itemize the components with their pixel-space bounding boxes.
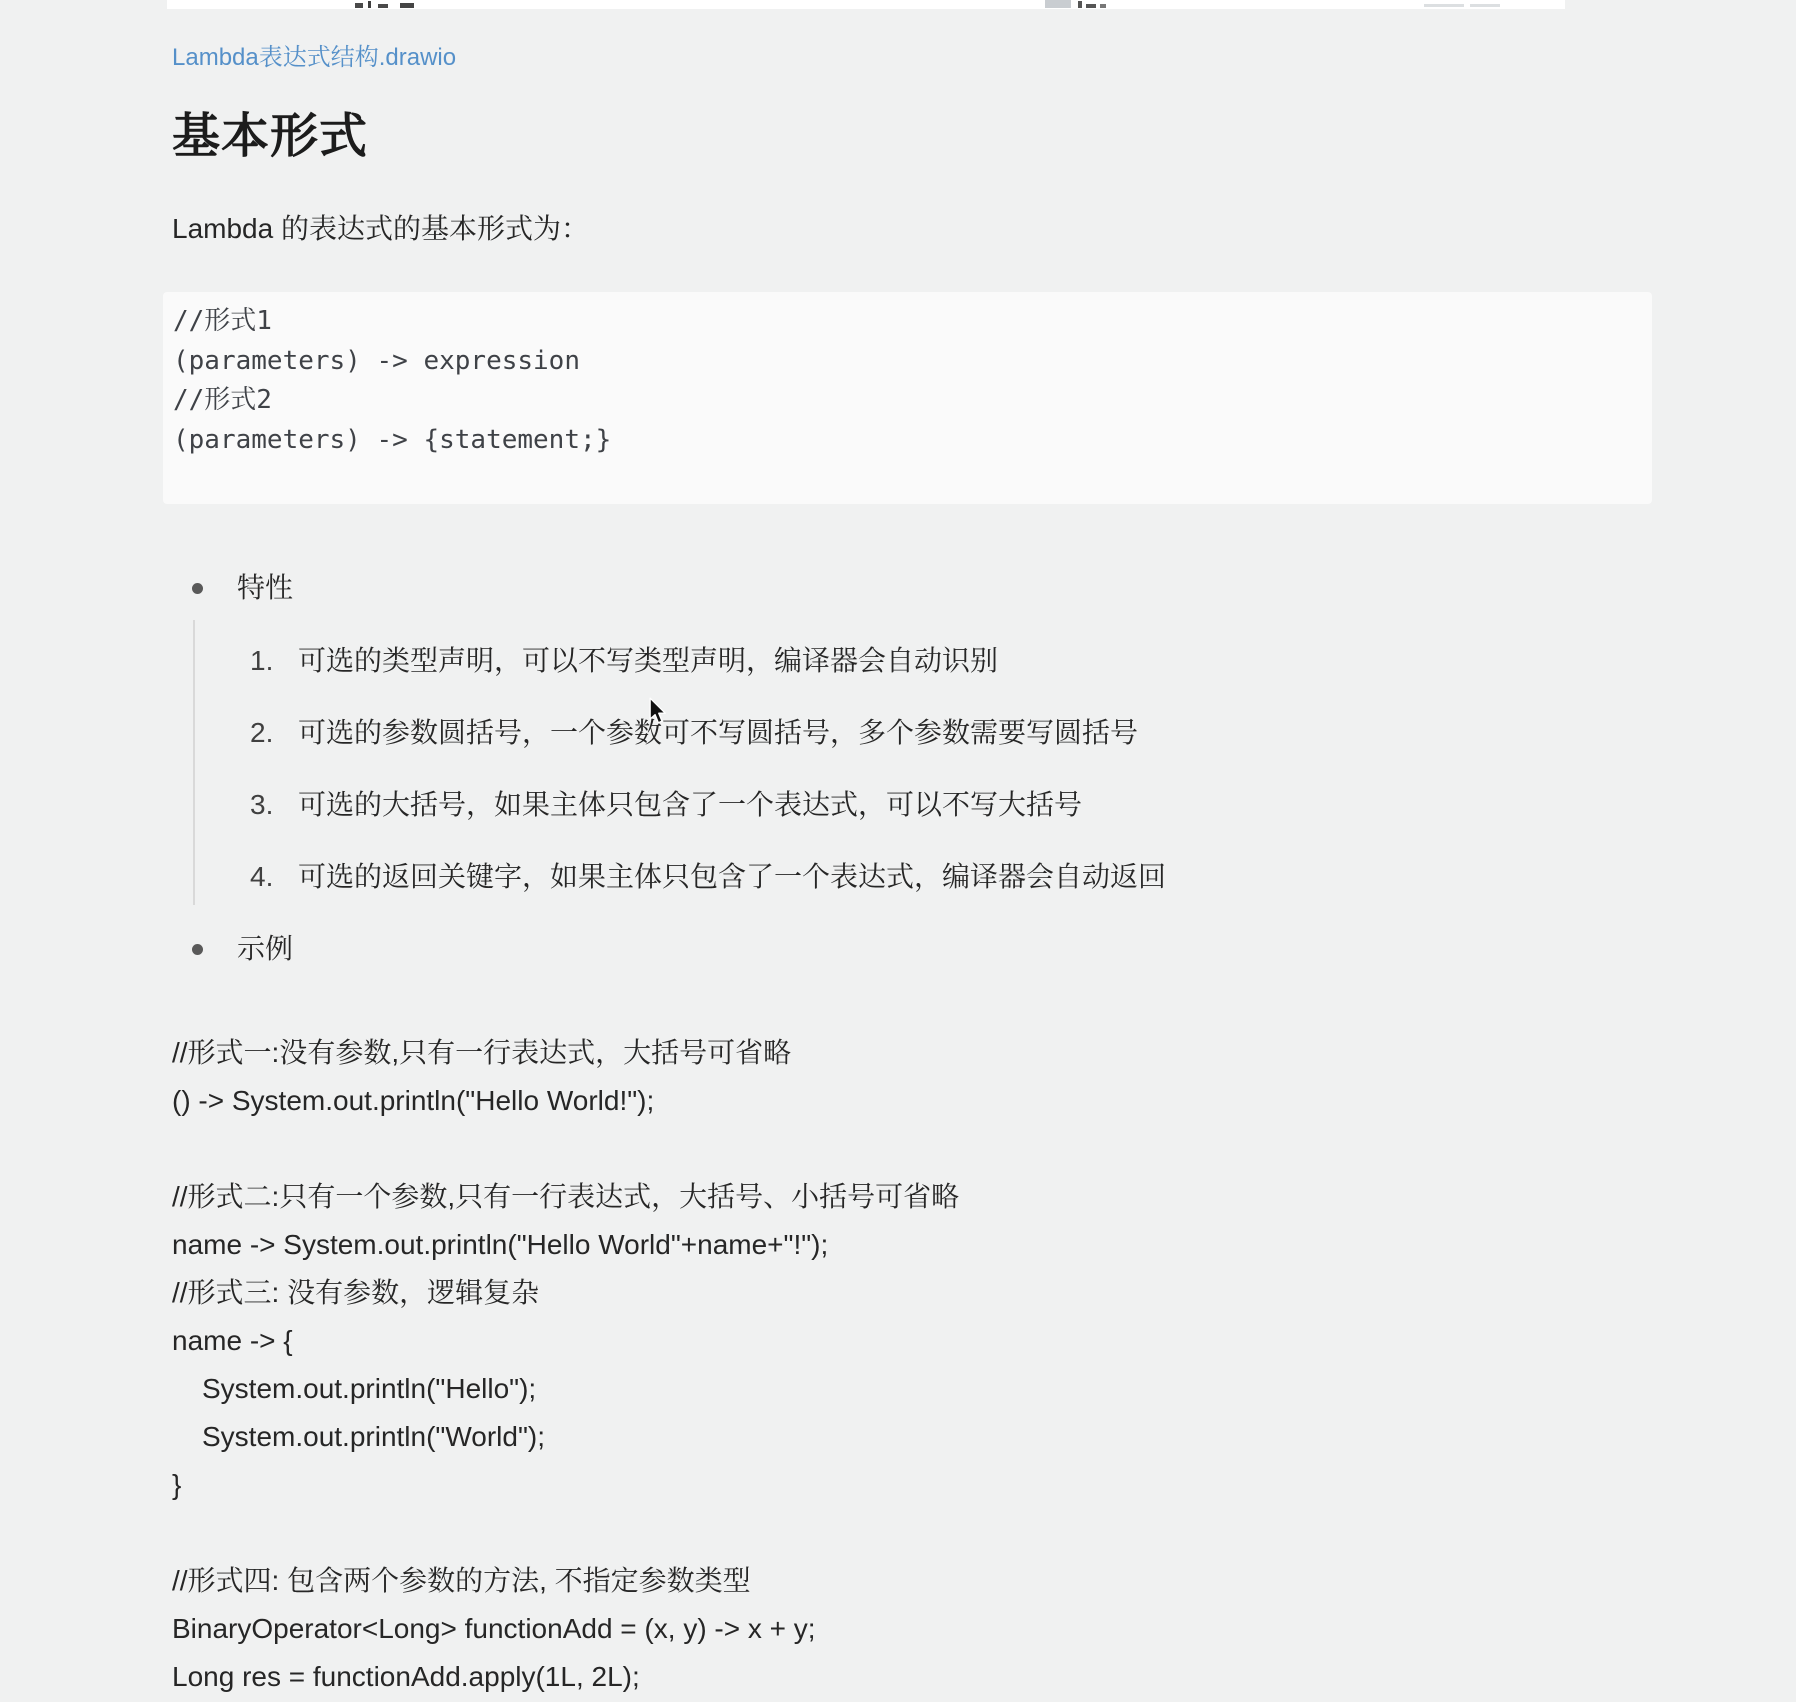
code-line: (parameters) -> {statement;}	[173, 421, 1642, 461]
attachment-link-drawio[interactable]: Lambda表达式结构.drawio	[172, 44, 456, 72]
example-line: //形式三: 没有参数，逻辑复杂	[172, 1269, 1692, 1317]
features-numbered-list: 1. 可选的类型声明，可以不写类型声明，编译器会自动识别 2. 可选的参数圆括号…	[172, 643, 1692, 895]
list-item-text: 可选的参数圆括号，一个参数可不写圆括号，多个参数需要写圆括号	[298, 717, 1138, 748]
example-line-blank	[172, 1509, 1692, 1557]
example-line-blank	[172, 1125, 1692, 1173]
list-item-text: 可选的返回关键字，如果主体只包含了一个表达式，编译器会自动返回	[298, 861, 1166, 892]
bullet-item-features: 特性	[172, 570, 1692, 606]
code-line: //形式2	[173, 381, 1642, 421]
document-body: Lambda表达式结构.drawio 基本形式 Lambda 的表达式的基本形式…	[172, 0, 1692, 1701]
list-item-number: 4.	[250, 859, 290, 895]
list-item-number: 1.	[250, 643, 290, 679]
example-line: //形式一:没有参数,只有一行表达式，大括号可省略	[172, 1029, 1692, 1077]
code-line: (parameters) -> expression	[173, 342, 1642, 382]
list-item-number: 2.	[250, 715, 290, 751]
bullet-dot-icon	[192, 944, 203, 955]
bullet-item-examples: 示例	[172, 931, 1692, 967]
example-line: System.out.println("Hello");	[172, 1365, 1692, 1413]
code-block: //形式1 (parameters) -> expression //形式2 (…	[163, 292, 1652, 504]
list-item-text: 可选的大括号，如果主体只包含了一个表达式，可以不写大括号	[298, 789, 1082, 820]
list-item: 2. 可选的参数圆括号，一个参数可不写圆括号，多个参数需要写圆括号	[172, 715, 1692, 751]
example-line: name -> {	[172, 1317, 1692, 1365]
list-item-number: 3.	[250, 787, 290, 823]
page-title: 基本形式	[172, 109, 1692, 165]
list-item: 4. 可选的返回关键字，如果主体只包含了一个表达式，编译器会自动返回	[172, 859, 1692, 895]
intro-paragraph: Lambda 的表达式的基本形式为：	[172, 212, 1692, 246]
example-code-text: //形式一:没有参数,只有一行表达式，大括号可省略 () -> System.o…	[172, 1029, 1692, 1701]
list-item: 3. 可选的大括号，如果主体只包含了一个表达式，可以不写大括号	[172, 787, 1692, 823]
example-line: //形式四: 包含两个参数的方法, 不指定参数类型	[172, 1557, 1692, 1605]
example-line: Long res = functionAdd.apply(1L, 2L);	[172, 1653, 1692, 1701]
example-line: () -> System.out.println("Hello World!")…	[172, 1077, 1692, 1125]
code-line: //形式1	[173, 302, 1642, 342]
bullet-dot-icon	[192, 583, 203, 594]
example-line: //形式二:只有一个参数,只有一行表达式，大括号、小括号可省略	[172, 1173, 1692, 1221]
document-page: { "link": { "label": "Lambda表达式结构.drawio…	[0, 0, 1796, 1702]
bullet-label: 特性	[237, 572, 293, 603]
example-line: }	[172, 1461, 1692, 1509]
example-line: name -> System.out.println("Hello World"…	[172, 1221, 1692, 1269]
list-item: 1. 可选的类型声明，可以不写类型声明，编译器会自动识别	[172, 643, 1692, 679]
example-line: System.out.println("World");	[172, 1413, 1692, 1461]
list-item-text: 可选的类型声明，可以不写类型声明，编译器会自动识别	[298, 645, 998, 676]
example-line: BinaryOperator<Long> functionAdd = (x, y…	[172, 1605, 1692, 1653]
bullet-label: 示例	[237, 933, 293, 964]
